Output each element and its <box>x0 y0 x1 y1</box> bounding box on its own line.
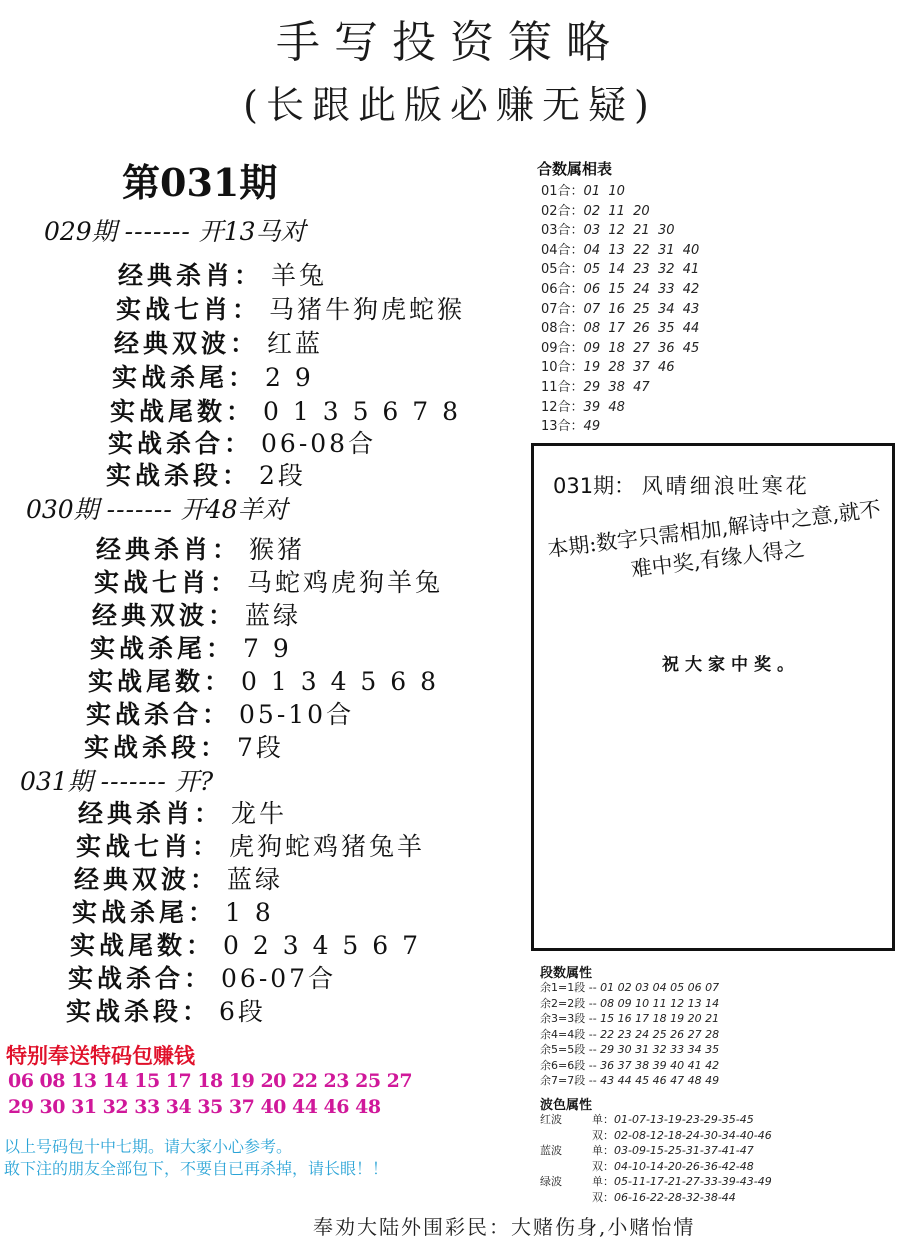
row-value: 蓝绿 <box>227 865 283 894</box>
he-row: 06合：06 15 24 33 42 <box>541 280 699 300</box>
row-label: 实战杀尾： <box>90 634 235 663</box>
row-value: 蓝绿 <box>245 601 301 630</box>
period-row: 实战杀合：06-07合 <box>68 959 336 995</box>
period-result: 开13马对 <box>199 217 306 246</box>
he-row: 09合：09 18 27 36 45 <box>541 339 699 359</box>
row-value: 红蓝 <box>267 329 323 358</box>
gift-title: 特别奉送特码包赚钱 <box>6 1040 195 1070</box>
period-label: 030期 <box>26 495 99 524</box>
period-row: 实战杀尾：7 9 <box>90 629 292 665</box>
he-row: 10合：19 28 37 46 <box>541 358 699 378</box>
period-result: 开? <box>175 767 213 796</box>
poem-text: 风晴细浪吐寒花 <box>642 474 810 498</box>
row-value: 7 9 <box>243 634 292 663</box>
page-subtitle: (长跟此版必赚无疑) <box>0 74 900 129</box>
he-row: 04合：04 13 22 31 40 <box>541 241 699 261</box>
row-label: 经典杀肖： <box>118 261 263 290</box>
row-label: 实战杀合： <box>108 429 253 458</box>
issue-title: 第031期 <box>122 152 277 207</box>
wave-row: 双：06-16-22-28-32-38-44 <box>540 1190 772 1206</box>
period-row: 经典杀肖：羊兔 <box>118 256 327 292</box>
row-label: 经典杀肖： <box>96 535 241 564</box>
he-row: 07合：07 16 25 34 43 <box>541 300 699 320</box>
row-label: 实战杀段： <box>106 461 251 490</box>
he-row: 02合：02 11 20 <box>541 202 699 222</box>
period-row: 经典双波：蓝绿 <box>92 596 301 632</box>
wave-row: 绿波单：05-11-17-21-27-33-39-43-49 <box>540 1174 772 1190</box>
period-row: 实战杀段：6段 <box>66 992 266 1028</box>
wave-table-title: 波色属性 <box>540 1094 592 1113</box>
he-row: 13合：49 <box>541 417 699 437</box>
row-value: 羊兔 <box>271 261 327 290</box>
period-row: 实战尾数：0 1 3 4 5 6 8 <box>88 662 439 698</box>
period-header-031: 031期 ------- 开? <box>20 762 213 798</box>
period-result: 开48羊对 <box>181 495 288 524</box>
row-value: 06-08合 <box>261 429 376 458</box>
wave-row: 蓝波单：03-09-15-25-31-37-41-47 <box>540 1143 772 1159</box>
row-value: 猴猪 <box>249 535 305 564</box>
period-row: 实战杀尾：2 9 <box>112 358 314 394</box>
row-label: 实战杀段： <box>84 733 229 762</box>
duan-row: 余1=1段 -- 01 02 03 04 05 06 07 <box>540 980 719 996</box>
row-value: 05-10合 <box>239 700 354 729</box>
row-value: 虎狗蛇鸡猪兔羊 <box>229 832 425 861</box>
row-value: 龙牛 <box>231 799 287 828</box>
footer-advice: 奉劝大陆外围彩民：大赌伤身,小赌怡情 <box>313 1211 695 1240</box>
he-table-title: 合数属相表 <box>537 158 612 179</box>
period-label: 031期 <box>20 767 93 796</box>
he-row: 03合：03 12 21 30 <box>541 221 699 241</box>
period-row: 实战杀合：05-10合 <box>86 695 354 731</box>
he-row: 11合：29 38 47 <box>541 378 699 398</box>
duan-row: 余6=6段 -- 36 37 38 39 40 41 42 <box>540 1058 719 1074</box>
gift-note-1: 以上号码包十中七期。请大家小心参考。 <box>4 1134 292 1157</box>
row-value: 6段 <box>219 997 266 1026</box>
duan-row: 余7=7段 -- 43 44 45 46 47 48 49 <box>540 1073 719 1089</box>
row-label: 实战尾数： <box>110 397 255 426</box>
row-label: 实战杀尾： <box>72 898 217 927</box>
blessing-text: 祝大家中奖。 <box>662 650 800 675</box>
row-value: 0 1 3 4 5 6 8 <box>241 667 439 696</box>
gift-note-2: 敢下注的朋友全部包下，不要自已再杀掉，请长眼！！ <box>4 1156 388 1179</box>
page-title: 手写投资策略 <box>0 6 900 70</box>
row-value: 马蛇鸡虎狗羊兔 <box>247 568 443 597</box>
duan-table: 余1=1段 -- 01 02 03 04 05 06 07 余2=2段 -- 0… <box>540 980 719 1089</box>
row-value: 0 2 3 4 5 6 7 <box>223 931 421 960</box>
row-value: 0 1 3 5 6 7 8 <box>263 397 461 426</box>
he-row: 01合：01 10 <box>541 182 699 202</box>
period-row: 经典杀肖：猴猪 <box>96 530 305 566</box>
row-label: 经典双波： <box>74 865 219 894</box>
duan-row: 余4=4段 -- 22 23 24 25 26 27 28 <box>540 1027 719 1043</box>
period-row: 实战杀段：7段 <box>84 728 284 764</box>
period-row: 实战尾数：0 2 3 4 5 6 7 <box>70 926 421 962</box>
he-table: 01合：01 10 02合：02 11 20 03合：03 12 21 30 0… <box>541 182 699 437</box>
period-dashes: ------- <box>101 767 167 796</box>
period-header-029: 029期 ------- 开13马对 <box>44 212 306 248</box>
row-label: 实战七肖： <box>94 568 239 597</box>
duan-row: 余5=5段 -- 29 30 31 32 33 34 35 <box>540 1042 719 1058</box>
poem-issue: 031期： <box>553 474 635 498</box>
period-row: 实战尾数：0 1 3 5 6 7 8 <box>110 392 461 428</box>
duan-row: 余3=3段 -- 15 16 17 18 19 20 21 <box>540 1011 719 1027</box>
row-label: 经典杀肖： <box>78 799 223 828</box>
row-value: 马猪牛狗虎蛇猴 <box>269 295 465 324</box>
wave-row: 双：04-10-14-20-26-36-42-48 <box>540 1159 772 1175</box>
duan-row: 余2=2段 -- 08 09 10 11 12 13 14 <box>540 996 719 1012</box>
row-label: 实战尾数： <box>70 931 215 960</box>
row-label: 实战杀合： <box>86 700 231 729</box>
row-value: 2 9 <box>265 363 314 392</box>
period-row: 实战杀尾：1 8 <box>72 893 274 929</box>
he-row: 08合：08 17 26 35 44 <box>541 319 699 339</box>
row-label: 经典双波： <box>92 601 237 630</box>
period-row: 经典杀肖：龙牛 <box>78 794 287 830</box>
wave-table: 红波单：01-07-13-19-23-29-35-45 双：02-08-12-1… <box>540 1112 772 1206</box>
row-label: 经典双波： <box>114 329 259 358</box>
row-label: 实战七肖： <box>76 832 221 861</box>
row-label: 实战杀段： <box>66 997 211 1026</box>
wave-row: 红波单：01-07-13-19-23-29-35-45 <box>540 1112 772 1128</box>
he-row: 12合：39 48 <box>541 398 699 418</box>
period-row: 实战杀段：2段 <box>106 456 306 492</box>
period-dashes: ------- <box>125 217 191 246</box>
period-row: 实战七肖：马猪牛狗虎蛇猴 <box>116 290 465 326</box>
row-label: 实战杀合： <box>68 964 213 993</box>
period-row: 经典双波：蓝绿 <box>74 860 283 896</box>
row-label: 实战尾数： <box>88 667 233 696</box>
he-row: 05合：05 14 23 32 41 <box>541 260 699 280</box>
period-row: 实战七肖：虎狗蛇鸡猪兔羊 <box>76 827 425 863</box>
period-dashes: ------- <box>107 495 173 524</box>
row-value: 7段 <box>237 733 284 762</box>
period-label: 029期 <box>44 217 117 246</box>
row-label: 实战七肖： <box>116 295 261 324</box>
wave-row: 双：02-08-12-18-24-30-34-40-46 <box>540 1128 772 1144</box>
row-value: 2段 <box>259 461 306 490</box>
period-header-030: 030期 ------- 开48羊对 <box>26 490 288 526</box>
row-label: 实战杀尾： <box>112 363 257 392</box>
period-row: 实战杀合：06-08合 <box>108 424 376 460</box>
period-row: 实战七肖：马蛇鸡虎狗羊兔 <box>94 563 443 599</box>
duan-table-title: 段数属性 <box>540 962 592 981</box>
poem-line: 031期： 风晴细浪吐寒花 <box>553 470 810 500</box>
gift-numbers-line-2: 29 30 31 32 33 34 35 37 40 44 46 48 <box>8 1096 381 1118</box>
gift-numbers-line-1: 06 08 13 14 15 17 18 19 20 22 23 25 27 <box>8 1070 412 1092</box>
row-value: 1 8 <box>225 898 274 927</box>
period-row: 经典双波：红蓝 <box>114 324 323 360</box>
row-value: 06-07合 <box>221 964 336 993</box>
